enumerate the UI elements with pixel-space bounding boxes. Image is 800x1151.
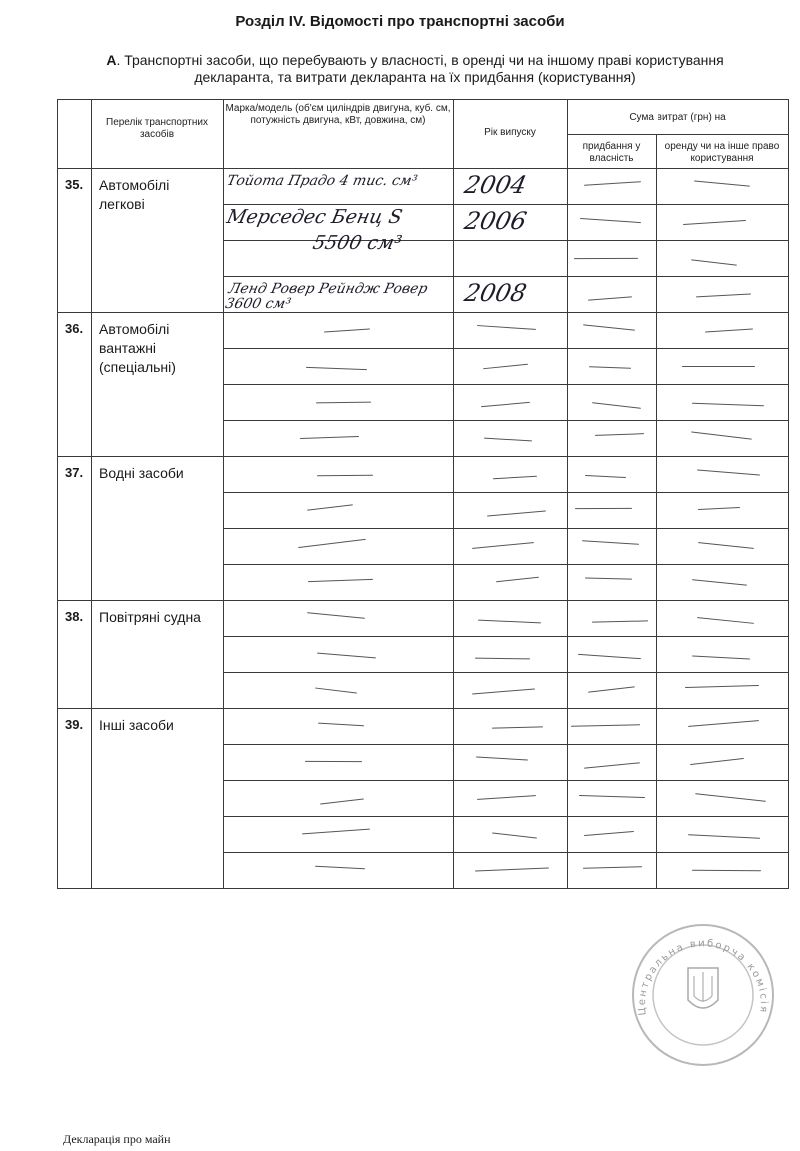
rent-dash	[692, 403, 764, 406]
header-list: Перелік транспортних засобів	[91, 117, 223, 141]
year-dash	[475, 867, 549, 871]
section-divider	[57, 600, 788, 601]
column-divider	[223, 99, 224, 888]
purchase-dash	[592, 402, 641, 409]
vehicles-table: Перелік транспортних засобів Марка/модел…	[57, 99, 788, 888]
table-border	[57, 99, 788, 100]
purchase-dash	[584, 830, 634, 835]
column-divider	[656, 99, 657, 888]
purchase-dash	[579, 795, 645, 798]
row-divider	[223, 384, 788, 385]
purchase-dash	[584, 181, 641, 186]
rent-dash	[688, 834, 760, 839]
section-category: Повітряні судна	[99, 608, 217, 627]
column-divider	[57, 99, 58, 888]
rent-dash	[682, 365, 755, 366]
rent-dash	[685, 685, 759, 688]
year-dash	[481, 402, 530, 407]
section-category: Водні засоби	[99, 464, 217, 483]
rent-dash	[692, 580, 747, 586]
purchase-dash	[589, 367, 631, 369]
rent-dash	[694, 180, 749, 186]
section-divider	[57, 888, 788, 889]
year-dash	[483, 363, 528, 368]
rent-dash	[705, 328, 753, 332]
year-dash	[487, 510, 546, 516]
model-dash	[318, 723, 364, 727]
row-divider	[223, 636, 788, 637]
purchase-dash	[588, 296, 632, 300]
section-title: Розділ IV. Відомості про транспортні зас…	[0, 13, 800, 30]
section-number: 37.	[65, 465, 83, 480]
year-dash	[476, 757, 528, 761]
rent-dash	[683, 220, 746, 225]
model-dash	[315, 866, 365, 870]
year-dash	[484, 438, 531, 442]
rent-dash	[690, 758, 744, 765]
header-divider	[567, 134, 788, 135]
year-dash	[477, 795, 536, 800]
row-divider	[223, 204, 788, 205]
purchase-dash	[585, 475, 626, 478]
section-category: Інші засоби	[99, 716, 217, 735]
purchase-dash	[578, 654, 641, 659]
row-divider	[223, 348, 788, 349]
handwritten-model: Тойота Прадо 4 тис. см³	[225, 174, 450, 189]
row-divider	[223, 492, 788, 493]
year-dash	[477, 325, 536, 330]
column-divider	[453, 99, 454, 888]
purchase-dash	[580, 218, 641, 223]
rent-dash	[696, 294, 751, 298]
section-category: Автомобілі легкові	[99, 176, 217, 214]
year-dash	[472, 542, 534, 549]
header-purchase: придбання у власність	[567, 141, 656, 165]
row-divider	[223, 528, 788, 529]
handwritten-model: Ленд Ровер Рейндж Ровер 3600 см³	[224, 282, 452, 312]
header-rent: оренду чи на інше право користування	[656, 141, 788, 165]
official-stamp: Центральна виборча комісія • України •	[628, 920, 778, 1070]
model-dash	[324, 328, 370, 332]
footer-label: Декларація про майн	[63, 1132, 171, 1147]
year-dash	[472, 689, 535, 695]
section-divider	[57, 456, 788, 457]
handwritten-model: Мерседес Бенц S	[225, 210, 450, 225]
rent-dash	[691, 431, 751, 439]
rent-dash	[698, 542, 754, 549]
rent-dash	[695, 793, 766, 802]
column-divider	[567, 99, 568, 888]
row-divider	[223, 420, 788, 421]
section-number: 36.	[65, 321, 83, 336]
section-divider	[57, 708, 788, 709]
trident-emblem-icon	[688, 968, 718, 1008]
rent-dash	[697, 469, 760, 475]
purchase-dash	[585, 578, 632, 580]
rent-dash	[692, 870, 761, 871]
model-dash	[315, 687, 357, 693]
header-year: Рік випуску	[453, 127, 567, 139]
column-divider	[91, 99, 92, 888]
header-model: Марка/модель (об'єм циліндрів двигуна, к…	[223, 103, 453, 127]
handwritten-year: 2008	[462, 279, 529, 307]
rent-dash	[697, 617, 754, 624]
purchase-dash	[595, 433, 644, 436]
purchase-dash	[571, 724, 640, 726]
section-number: 38.	[65, 609, 83, 624]
row-divider	[223, 852, 788, 853]
year-dash	[492, 726, 543, 728]
row-divider	[223, 780, 788, 781]
handwritten-year: 2006	[462, 207, 529, 235]
row-divider	[223, 276, 788, 277]
purchase-dash	[583, 866, 642, 869]
row-divider	[223, 744, 788, 745]
header-sum-group: Сума витрат (грн) на	[567, 112, 788, 124]
purchase-dash	[583, 324, 635, 330]
column-divider	[788, 99, 789, 888]
model-dash	[306, 367, 367, 370]
model-dash	[316, 401, 371, 403]
section-divider	[57, 312, 788, 313]
purchase-dash	[589, 686, 636, 692]
rent-dash	[691, 259, 737, 265]
subsection-text: . Транспортні засоби, що перебувають у в…	[116, 52, 723, 85]
model-dash	[307, 504, 353, 510]
purchase-dash	[592, 621, 648, 623]
year-dash	[492, 832, 537, 838]
purchase-dash	[582, 540, 639, 545]
model-dash	[302, 828, 370, 834]
row-divider	[223, 564, 788, 565]
year-dash	[496, 576, 539, 581]
section-number: 35.	[65, 177, 83, 192]
header-divider	[57, 168, 788, 169]
model-dash	[317, 653, 376, 659]
model-dash	[320, 798, 364, 804]
model-dash	[308, 579, 373, 582]
handwritten-model: 5500 см³	[311, 236, 536, 251]
model-dash	[298, 539, 365, 548]
model-dash	[317, 474, 373, 475]
year-dash	[478, 620, 541, 624]
rent-dash	[688, 720, 759, 727]
row-divider	[223, 672, 788, 673]
purchase-dash	[575, 508, 632, 509]
row-divider	[223, 816, 788, 817]
model-dash	[300, 436, 359, 439]
model-dash	[307, 612, 365, 619]
rent-dash	[698, 507, 740, 510]
year-dash	[475, 657, 530, 659]
subsection-heading: А. Транспортні засоби, що перебувають у …	[95, 52, 735, 86]
section-number: 39.	[65, 717, 83, 732]
rent-dash	[692, 655, 750, 659]
subsection-letter: А	[106, 52, 116, 68]
handwritten-year: 2004	[462, 171, 529, 199]
purchase-dash	[585, 762, 641, 768]
purchase-dash	[574, 258, 638, 259]
section-category: Автомобілі вантажні (спеціальні)	[99, 320, 217, 377]
model-dash	[305, 761, 362, 762]
year-dash	[493, 476, 537, 480]
